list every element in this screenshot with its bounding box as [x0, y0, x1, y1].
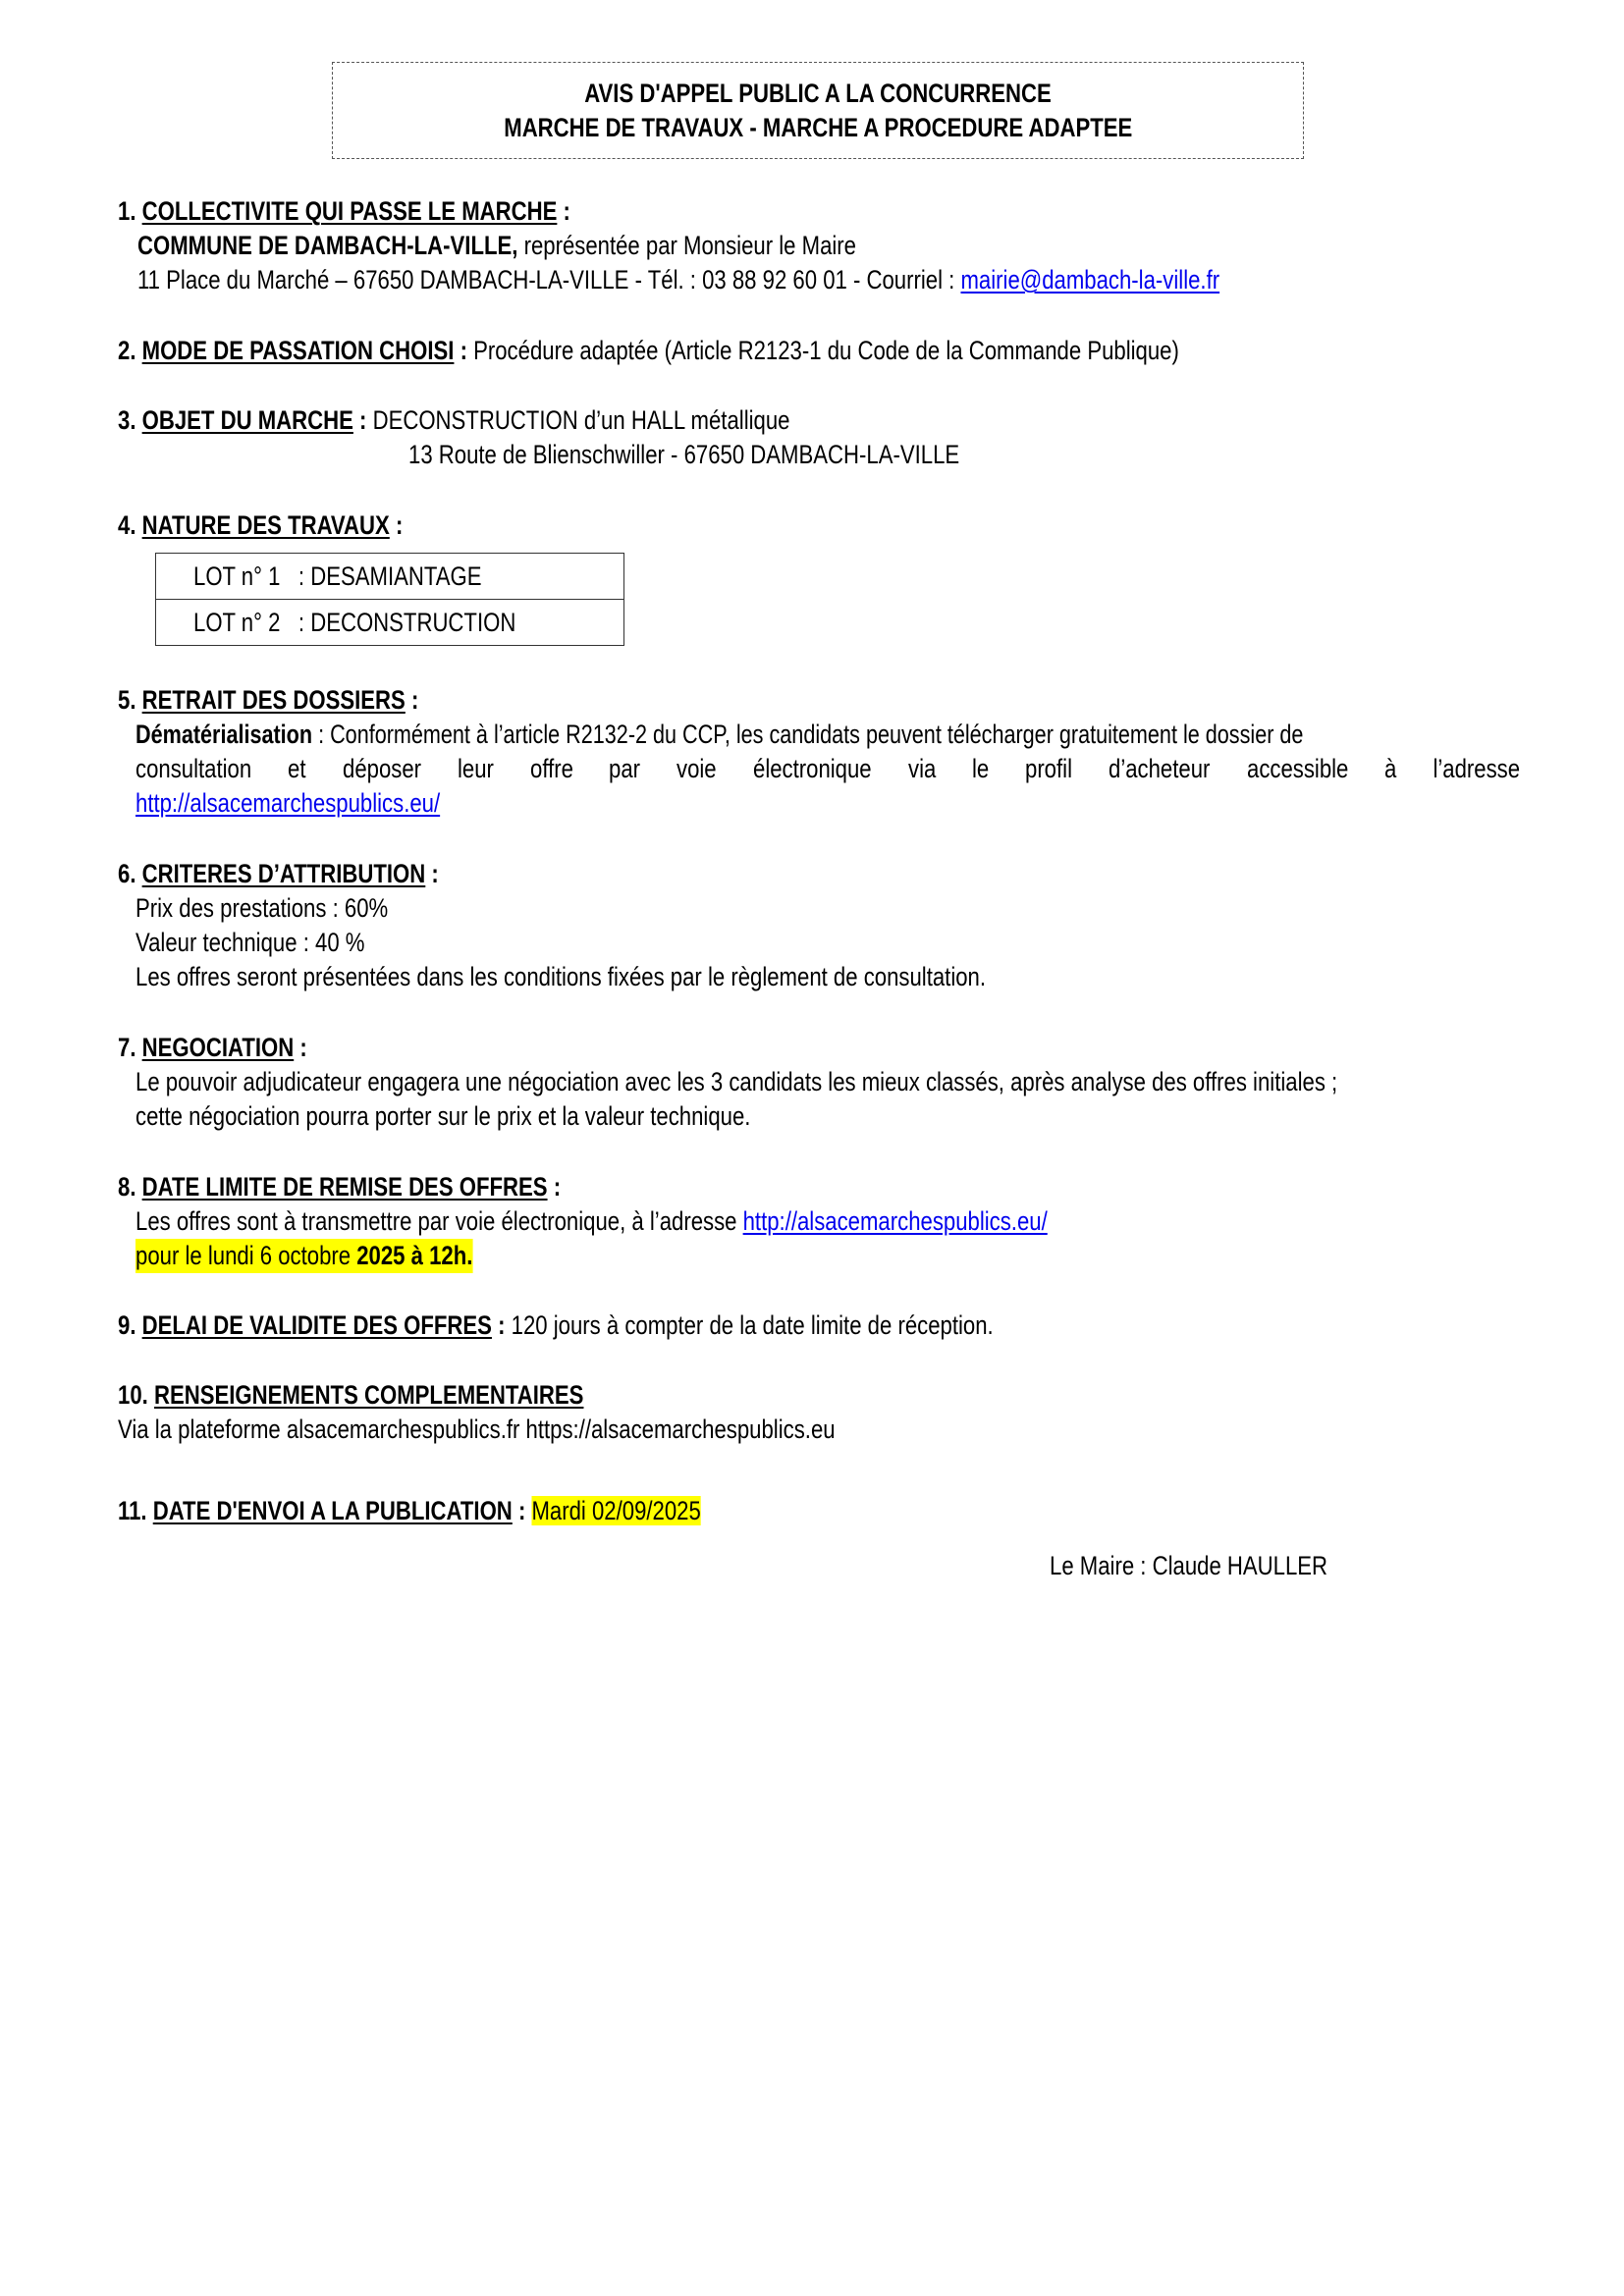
- word: accessible: [1247, 752, 1348, 786]
- section-1-address: 11 Place du Marché – 67650 DAMBACH-LA-VI…: [137, 263, 1457, 297]
- section-7-heading: 7. NEGOCIATION :: [118, 1031, 349, 1065]
- word: profil: [1025, 752, 1072, 786]
- section-4-heading: 4. NATURE DES TRAVAUX :: [118, 508, 465, 543]
- word: leur: [458, 752, 494, 786]
- word: électronique: [753, 752, 872, 786]
- word: consultation: [135, 752, 251, 786]
- section-7-line-2: cette négociation pourra porter sur le p…: [135, 1099, 886, 1134]
- lot-row: LOT n° 1 : DESAMIANTAGE: [156, 554, 624, 600]
- section-10-heading: 10. RENSEIGNEMENTS COMPLEMENTAIRES: [118, 1378, 686, 1413]
- section-5-line-1: Dématérialisation : Conformément à l’art…: [135, 718, 1596, 752]
- word: voie: [677, 752, 717, 786]
- section-6-heading: 6. CRITERES D’ATTRIBUTION :: [118, 857, 510, 891]
- section-3: 3. OBJET DU MARCHE : DECONSTRUCTION d’un…: [118, 403, 938, 438]
- word: offre: [530, 752, 573, 786]
- section-2: 2. MODE DE PASSATION CHOISI : Procédure …: [118, 334, 1412, 368]
- section-5-link-line: http://alsacemarchespublics.eu/: [135, 786, 507, 821]
- document-page: AVIS D'APPEL PUBLIC A LA CONCURRENCE MAR…: [0, 0, 1624, 2296]
- section-8-deadline: pour le lundi 6 octobre 2025 à 12h.: [135, 1239, 547, 1273]
- section-5-heading: 5. RETRAIT DES DOSSIERS :: [118, 683, 485, 718]
- section-7-line-1: Le pouvoir adjudicateur engagera une nég…: [135, 1065, 1601, 1099]
- section-9: 9. DELAI DE VALIDITE DES OFFRES : 120 jo…: [118, 1308, 1185, 1343]
- title-line-1: AVIS D'APPEL PUBLIC A LA CONCURRENCE: [333, 77, 1303, 110]
- word: l’adresse: [1433, 752, 1520, 786]
- title-box: AVIS D'APPEL PUBLIC A LA CONCURRENCE MAR…: [332, 62, 1304, 159]
- word: à: [1384, 752, 1396, 786]
- word: déposer: [343, 752, 421, 786]
- section-3-address: 13 Route de Blienschwiller - 67650 DAMBA…: [408, 438, 1080, 472]
- criterion-price: Prix des prestations : 60%: [135, 891, 444, 926]
- email-link[interactable]: mairie@dambach-la-ville.fr: [960, 265, 1219, 294]
- word: le: [972, 752, 989, 786]
- section-10-text: Via la plateforme alsacemarchespublics.f…: [118, 1413, 993, 1447]
- word: via: [908, 752, 936, 786]
- signature: Le Maire : Claude HAULLER: [1050, 1549, 1388, 1583]
- submission-link[interactable]: http://alsacemarchespublics.eu/: [743, 1206, 1048, 1236]
- criterion-technical: Valeur technique : 40 %: [135, 926, 415, 960]
- section-8-heading: 8. DATE LIMITE DE REMISE DES OFFRES :: [118, 1170, 658, 1204]
- word: d’acheteur: [1109, 752, 1210, 786]
- lots-table: LOT n° 1 : DESAMIANTAGE LOT n° 2 : DECON…: [155, 553, 624, 646]
- section-1-heading: 1. COLLECTIVITE QUI PASSE LE MARCHE :: [118, 194, 670, 229]
- section-8-line-1: Les offres sont à transmettre par voie é…: [135, 1204, 1248, 1239]
- section-11: 11. DATE D'ENVOI A LA PUBLICATION : Mard…: [118, 1494, 829, 1528]
- word: par: [609, 752, 640, 786]
- section-5-line-2: consultationetdéposerleuroffreparvoieéle…: [135, 752, 1520, 786]
- section-6-note: Les offres seront présentées dans les co…: [135, 960, 1172, 994]
- platform-link[interactable]: http://alsacemarchespublics.eu/: [135, 788, 440, 818]
- lot-row: LOT n° 2 : DECONSTRUCTION: [156, 600, 624, 646]
- publication-date: Mardi 02/09/2025: [531, 1496, 700, 1525]
- word: et: [288, 752, 305, 786]
- title-line-2: MARCHE DE TRAVAUX - MARCHE A PROCEDURE A…: [333, 111, 1303, 144]
- section-1-entity: COMMUNE DE DAMBACH-LA-VILLE, représentée…: [137, 229, 1014, 263]
